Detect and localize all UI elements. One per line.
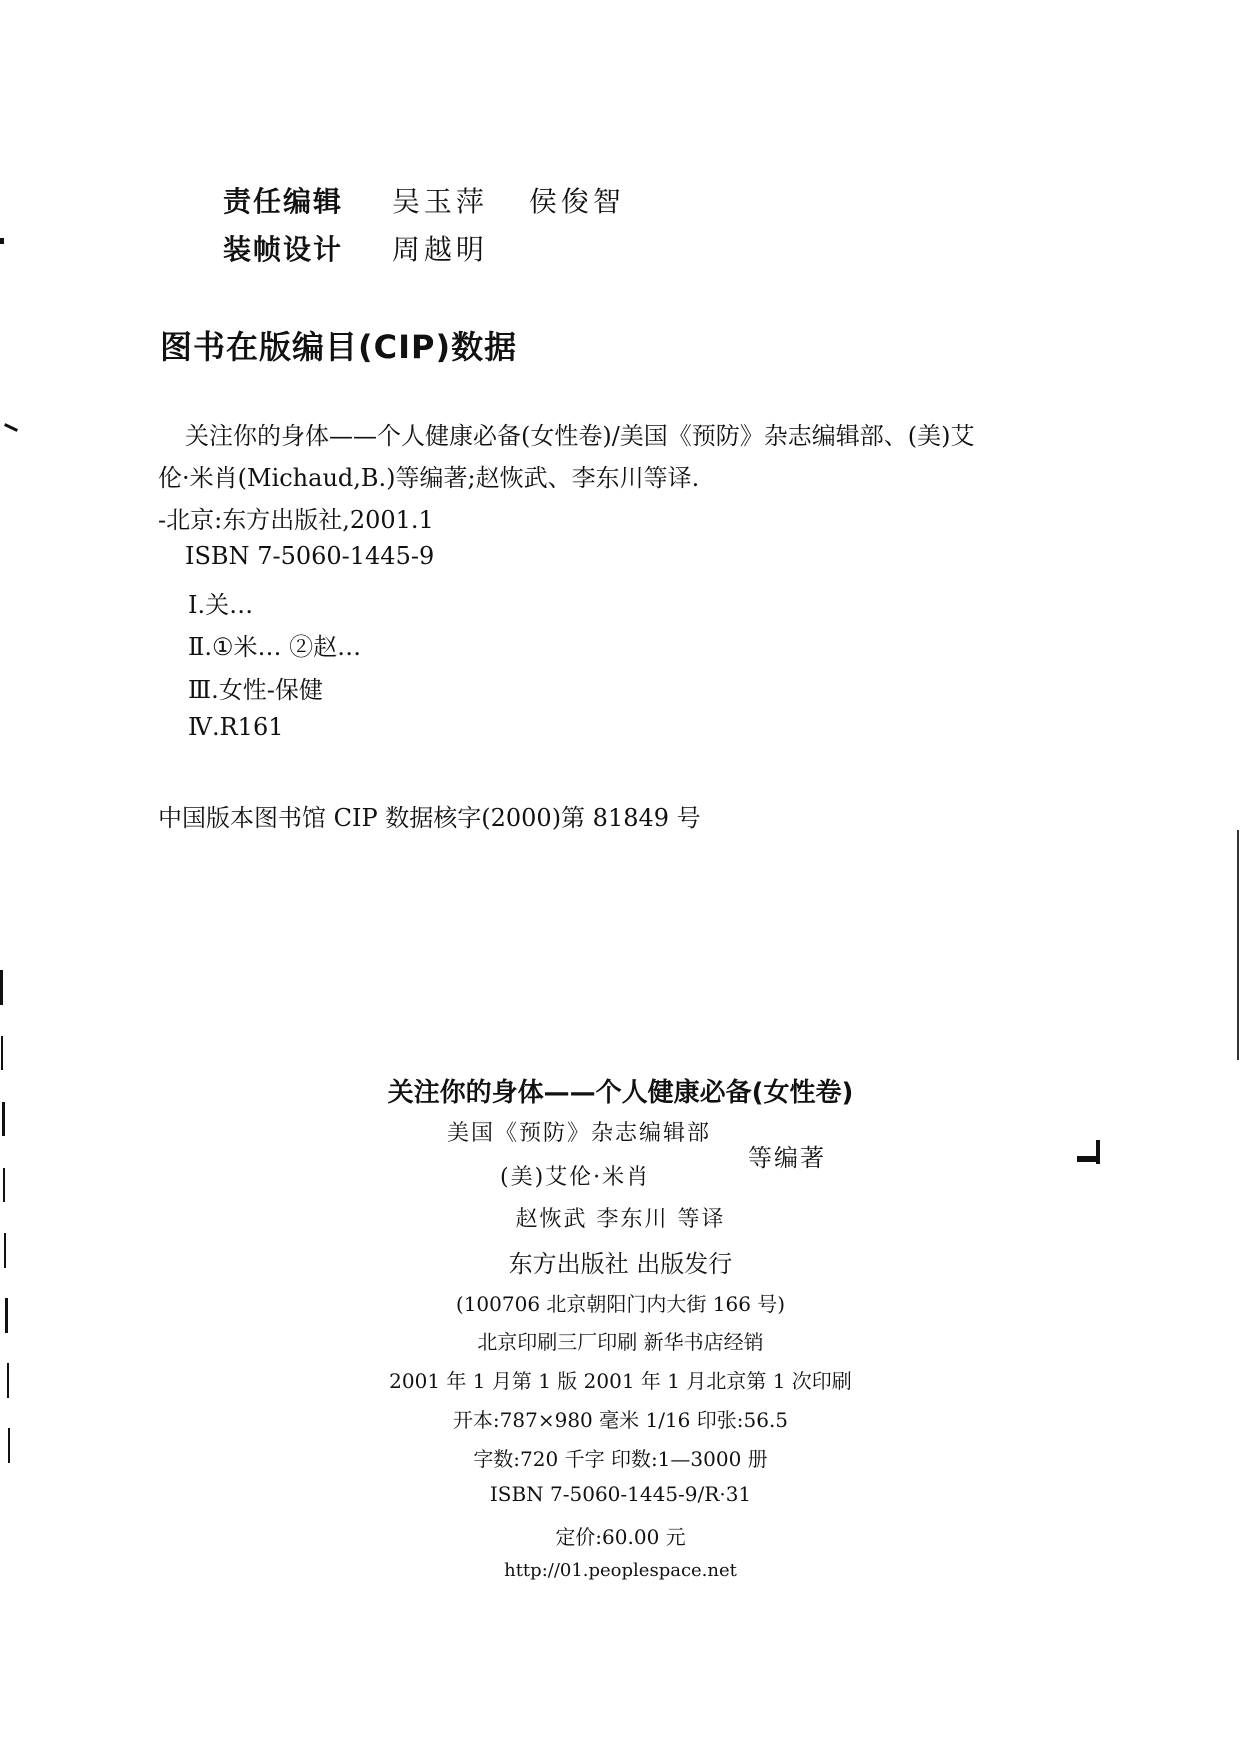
colophon-isbn: ISBN 7-5060-1445-9/R·31: [0, 1482, 1241, 1506]
colophon-format: 开本:787×980 毫米 1/16 印张:56.5: [0, 1404, 1241, 1433]
colophon-title: 关注你的身体——个人健康必备(女性卷): [0, 1072, 1241, 1109]
scan-edge-line: [4, 1233, 6, 1268]
editor-name: 吴玉萍: [392, 180, 488, 220]
scan-edge-line: [7, 1363, 9, 1398]
designer-name: 周越明: [392, 228, 488, 268]
colophon-author-1: 美国《预防》杂志编辑部: [447, 1116, 711, 1147]
scan-edge-line: [1, 1036, 3, 1070]
colophon-edition: 2001 年 1 月第 1 版 2001 年 1 月北京第 1 次印刷: [0, 1365, 1241, 1394]
scan-edge-line: [8, 1428, 10, 1463]
scan-edge-line: [1237, 830, 1239, 1060]
binding-design-line: 装帧设计 周越明: [223, 228, 518, 268]
responsible-editor-line: 责任编辑 吴玉萍 侯俊智: [223, 180, 655, 220]
scan-edge-mark: [4, 423, 18, 432]
cip-line-authors: 伦·米肖(Michaud,B.)等编著;赵恢武、李东川等译.: [158, 458, 699, 493]
colophon-printing: 北京印刷三厂印刷 新华书店经销: [0, 1326, 1241, 1355]
colophon-address: (100706 北京朝阳门内大街 166 号): [0, 1288, 1241, 1317]
colophon-publisher: 东方出版社 出版发行: [0, 1244, 1241, 1279]
cip-line-isbn: ISBN 7-5060-1445-9: [185, 542, 434, 570]
cip-verification: 中国版本图书馆 CIP 数据核字(2000)第 81849 号: [158, 798, 701, 833]
responsible-editor-label: 责任编辑: [223, 180, 381, 220]
scan-edge-line: [3, 1168, 5, 1202]
cip-line-publisher: -北京:东方出版社,2001.1: [158, 500, 434, 535]
cip-heading: 图书在版编目(CIP)数据: [160, 322, 517, 368]
scan-smudge-mark: [1077, 1156, 1097, 1162]
colophon-author-2: (美)艾伦·米肖: [500, 1160, 650, 1191]
scan-edge-line: [0, 970, 3, 1005]
binding-design-label: 装帧设计: [223, 228, 381, 268]
cip-line-subject-2: Ⅱ.①米… ②赵…: [188, 627, 361, 662]
colophon-counts: 字数:720 千字 印数:1—3000 册: [0, 1443, 1241, 1472]
colophon-url: http://01.peoplespace.net: [0, 1560, 1241, 1581]
scan-smudge-mark: [1096, 1140, 1100, 1164]
cip-line-subject-1: Ⅰ.关…: [188, 585, 253, 620]
cip-line-title: 关注你的身体——个人健康必备(女性卷)/美国《预防》杂志编辑部、(美)艾: [185, 416, 975, 451]
cip-line-classification: Ⅳ.R161: [188, 713, 283, 741]
scan-edge-mark: [0, 238, 4, 244]
colophon-author-role: 等编著: [748, 1138, 826, 1173]
scan-edge-line: [5, 1298, 8, 1333]
cip-line-subject-3: Ⅲ.女性-保健: [188, 670, 323, 705]
colophon-price: 定价:60.00 元: [0, 1521, 1241, 1550]
editor-name: 侯俊智: [529, 180, 625, 220]
colophon-translators: 赵恢武 李东川 等译: [0, 1202, 1241, 1233]
scan-edge-line: [2, 1102, 5, 1136]
